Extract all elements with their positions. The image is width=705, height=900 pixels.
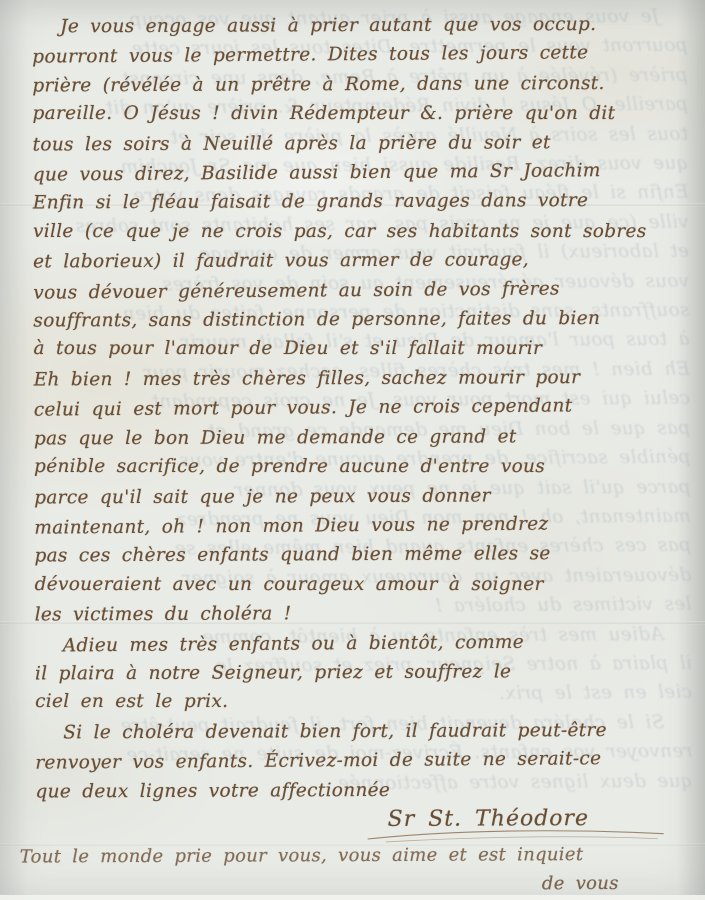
letter-line: renvoyer vos enfants. Écrivez-moi de sui… <box>35 744 701 779</box>
letter-line: souffrants, sans distinction de personne… <box>33 304 699 336</box>
letter-line: pénible sacrifice, de prendre aucune d'e… <box>34 452 700 481</box>
letter-line: pas que le bon Dieu me demande ce grand … <box>34 421 700 453</box>
letter-line: celui qui est mort pour vous. Je ne croi… <box>34 391 700 426</box>
letter-line: Si le choléra devenait bien fort, il fau… <box>35 715 701 747</box>
letter-line: Adieu mes très enfants ou à bientôt, com… <box>35 626 701 661</box>
letter-line: prière (révélée à un prêtre à Rome, dans… <box>32 68 698 100</box>
letter-line: vous dévouer généreusement au soin de vo… <box>33 273 699 308</box>
letter-line: les victimes du choléra ! <box>35 598 701 630</box>
letter-line: Je vous engage aussi à prier autant que … <box>32 10 698 42</box>
letter-page: Je vous engage aussi à prier autant que … <box>0 0 705 900</box>
letter-line: Enfin si le fléau faisait de grands rava… <box>33 186 699 218</box>
letter-line: et laborieux) il faudrait vous armer de … <box>33 245 699 277</box>
postscript-line: de vous <box>36 869 702 900</box>
letter-line: dévoueraient avec un courageux amour à s… <box>35 570 701 599</box>
letter-line: ciel en est le prix. <box>35 687 701 716</box>
letter-line: tous les soirs à Neuillé après la prière… <box>33 127 699 159</box>
letter-line: maintenant, oh ! non mon Dieu vous ne pr… <box>34 508 700 543</box>
letter-line: que deux lignes votre affectionnée <box>35 774 701 806</box>
letter-body: Je vous engage aussi à prier autant que … <box>32 10 702 900</box>
letter-line: que vous direz, Basilide aussi bien que … <box>33 155 699 190</box>
letter-line: pas ces chères enfants quand bien même e… <box>34 539 700 571</box>
letter-line: ville (ce que je ne crois pas, car ses h… <box>33 217 699 246</box>
letter-lines: Je vous engage aussi à prier autant que … <box>32 10 701 807</box>
letter-line: il plaira à notre Seigneur, priez et sou… <box>35 656 701 688</box>
postscript-line: Tout le monde prie pour vous, vous aime … <box>20 840 702 872</box>
letter-line: pareille. O Jésus ! divin Rédempteur &. … <box>33 99 699 128</box>
letter-line: à tous pour l'amour de Dieu et s'il fall… <box>34 334 700 363</box>
letter-line: Eh bien ! mes très chères filles, sachez… <box>34 362 700 394</box>
letter-line: pourront vous le permettre. Dites tous l… <box>32 38 698 73</box>
signature-row: Sr St. Théodore <box>36 804 702 843</box>
letter-line: parce qu'il sait que je ne peux vous don… <box>34 480 700 512</box>
